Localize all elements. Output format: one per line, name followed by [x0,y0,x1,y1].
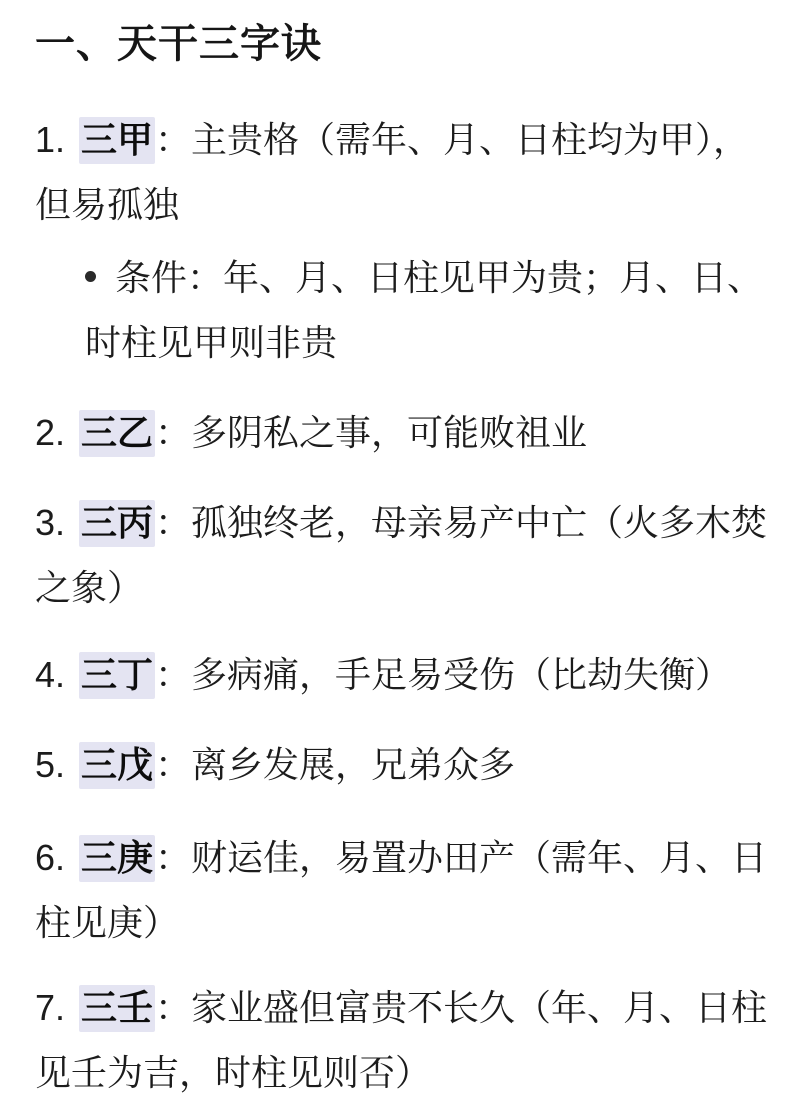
item-number: 5. [35,744,65,785]
highlighted-term: 三丁 [79,652,155,699]
item-text: ：多阴私之事，可能败祖业 [155,412,587,453]
item-number: 1. [35,119,65,160]
list-item: 1.三甲：主贵格（需年、月、日柱均为甲）， 但易孤独 [35,107,780,237]
highlighted-term: 三戊 [79,742,155,789]
list-item: 6.三庚：财运佳，易置办田产（需年、月、日 柱见庚） [35,825,780,955]
bullet-text: 条件：年、月、日柱见甲为贵；月、日、 时柱见甲则非贵 [85,257,763,363]
item-number: 7. [35,987,65,1028]
highlighted-term: 三壬 [79,985,155,1032]
item-number: 3. [35,502,65,543]
item-text: ：多病痛，手足易受伤（比劫失衡） [155,654,731,695]
highlighted-term: 三乙 [79,410,155,457]
item-number: 6. [35,837,65,878]
bullet-icon [85,271,96,282]
highlighted-term: 三庚 [79,835,155,882]
list-item: 7.三壬：家业盛但富贵不长久（年、月、日柱 见壬为吉，时柱见则否） [35,975,780,1105]
bullet-list-item: 条件：年、月、日柱见甲为贵；月、日、 时柱见甲则非贵 [85,245,780,375]
highlighted-term: 三甲 [79,117,155,164]
item-number: 2. [35,412,65,453]
list-item: 4.三丁：多病痛，手足易受伤（比劫失衡） [35,642,780,707]
item-text: ：离乡发展，兄弟众多 [155,744,515,785]
list-item: 3.三丙：孤独终老，母亲易产中亡（火多木焚 之象） [35,490,780,620]
list-item: 2.三乙：多阴私之事，可能败祖业 [35,400,780,465]
highlighted-term: 三丙 [79,500,155,547]
item-number: 4. [35,654,65,695]
document-page: 一、天干三字诀 1.三甲：主贵格（需年、月、日柱均为甲）， 但易孤独 条件：年、… [0,0,800,1110]
section-title: 一、天干三字诀 [35,16,780,72]
list-item: 5.三戊：离乡发展，兄弟众多 [35,732,780,797]
